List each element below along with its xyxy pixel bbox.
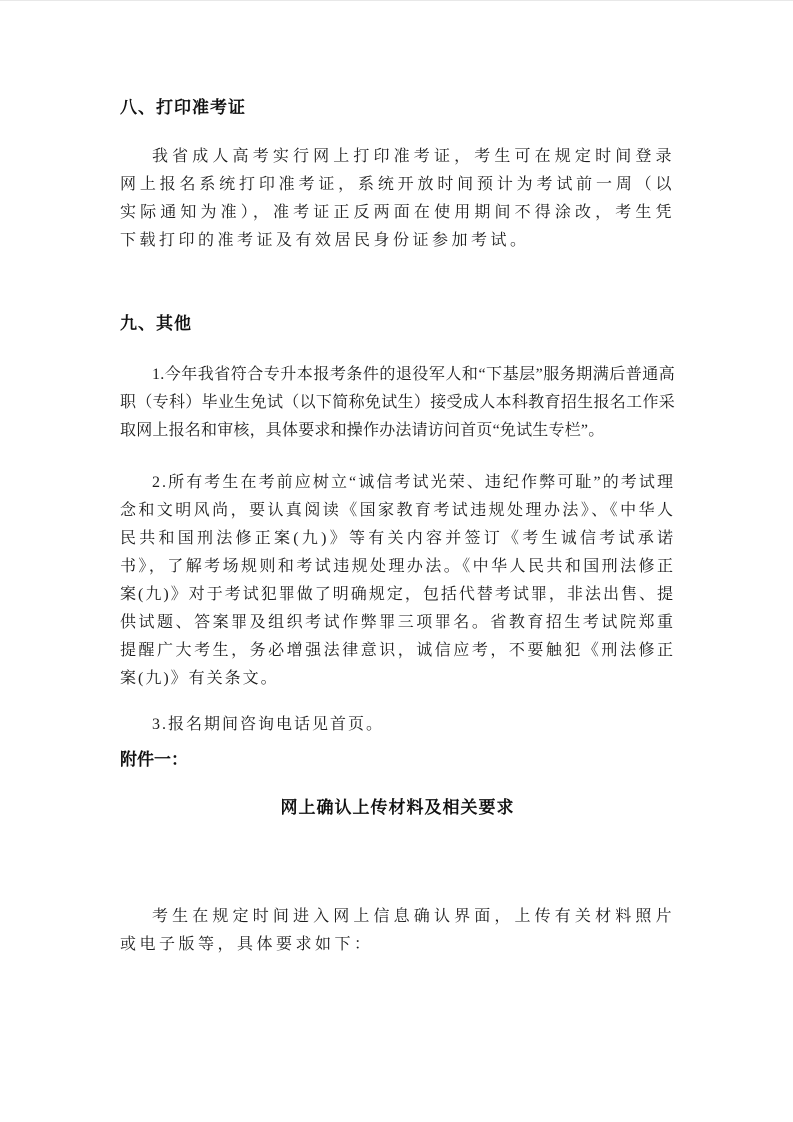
section-9-item-1: 1.今年我省符合专升本报考条件的退役军人和“下基层”服务期满后普通高职（专科）毕… [120,361,675,445]
section-8-paragraph: 我省成人高考实行网上打印准考证，考生可在规定时间登录网上报名系统打印准考证，系统… [120,143,675,255]
section-9-heading: 九、其他 [120,313,675,335]
section-8-heading: 八、打印准考证 [120,97,675,119]
section-9-item-3: 3.报名期间咨询电话见首页。 [120,711,675,739]
document-page: 八、打印准考证 我省成人高考实行网上打印准考证，考生可在规定时间登录网上报名系统… [0,1,793,1122]
attachment-intro-paragraph: 考生在规定时间进入网上信息确认界面，上传有关材料照片或电子版等，具体要求如下： [120,903,675,959]
attachment-title: 网上确认上传材料及相关要求 [120,797,675,819]
section-9-item-2: 2.所有考生在考前应树立“诚信考试光荣、违纪作弊可耻”的考试理念和文明风尚，要认… [120,469,675,693]
attachment-label: 附件一： [120,749,675,771]
